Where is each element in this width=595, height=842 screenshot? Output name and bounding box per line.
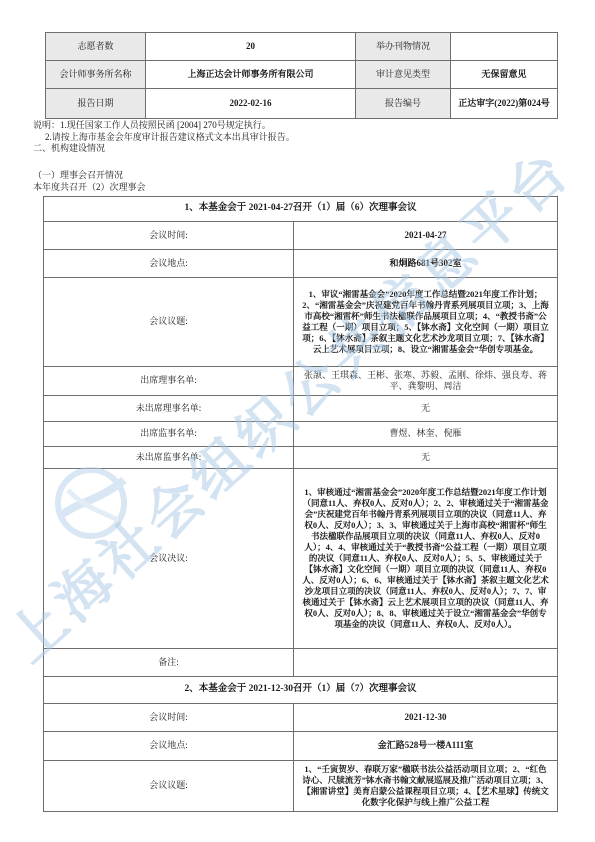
table-row: 会议决议: 1、审核通过“湘雷基金会”2020年度工作总结暨2021年度工作计划…	[44, 468, 558, 648]
accounting-firm-label: 会计师事务所名称	[46, 61, 146, 89]
table-row: 会计师事务所名称 上海正达会计师事务所有限公司 审计意见类型 无保留意见	[46, 61, 558, 89]
table-row: 会议时间: 2021-12-30	[44, 703, 558, 731]
table-row: 会议地点: 金汇路528号一楼A111室	[44, 731, 558, 760]
report-date-label: 报告日期	[46, 89, 146, 119]
table-row: 出席监事名单: 曹煜、林奎、倪雁	[44, 421, 558, 446]
audit-opinion-value: 无保留意见	[451, 61, 558, 89]
table-row: 会议地点: 和炯路681号302室	[44, 249, 558, 277]
meeting-resolution-label: 会议决议:	[44, 468, 294, 648]
meeting-topics-value: 1、“壬寅贺岁、春联万家”楹联书法公益活动项目立项；2、“红色诗心、尺牍流芳”钵…	[294, 760, 558, 811]
meeting-time-label: 会议时间:	[44, 221, 294, 249]
publication-status-value	[451, 33, 558, 61]
report-number-value: 正达审字(2022)第024号	[451, 89, 558, 119]
meeting-time-label: 会议时间:	[44, 703, 294, 731]
table-row: 出席理事名单: 张颉、王琪森、王彬、张寒、苏毅、孟刚、徐炜、强良寿、蒋平、龚黎明…	[44, 366, 558, 395]
supervisors-present-value: 曹煜、林奎、倪雁	[294, 421, 558, 446]
audit-opinion-label: 审计意见类型	[356, 61, 451, 89]
meeting-topics-label: 会议议题:	[44, 760, 294, 811]
table-row: 会议时间: 2021-04-27	[44, 221, 558, 249]
meeting-count-summary: 本年度共召开（2）次理事会	[33, 182, 560, 194]
document-page: 上海社会组织公共信息平台 志愿者数 20 举办刊物情况 会计师事务所名称 上海正…	[0, 0, 595, 842]
report-number-label: 报告编号	[356, 89, 451, 119]
table-row: 备注:	[44, 648, 558, 676]
subsection-title: （一）理事会召开情况	[33, 170, 560, 182]
remark-label: 备注:	[44, 648, 294, 676]
volunteer-count-label: 志愿者数	[46, 33, 146, 61]
meeting-1-header: 1、本基金会于 2021-04-27召开（1）届（6）次理事会议	[44, 196, 558, 221]
directors-absent-label: 未出席理事名单:	[44, 395, 294, 421]
meeting-resolution-value: 1、审核通过“湘雷基金会”2020年度工作总结暨2021年度工作计划（同意11人…	[294, 468, 558, 648]
table-row: 2、本基金会于 2021-12-30召开（1）届（7）次理事会议	[44, 676, 558, 703]
meeting-2-header: 2、本基金会于 2021-12-30召开（1）届（7）次理事会议	[44, 676, 558, 703]
meeting-topics-label: 会议议题:	[44, 277, 294, 366]
meeting-1-table: 1、本基金会于 2021-04-27召开（1）届（6）次理事会议 会议时间: 2…	[43, 196, 558, 677]
supervisors-absent-label: 未出席监事名单:	[44, 446, 294, 468]
table-row: 未出席理事名单: 无	[44, 395, 558, 421]
report-date-value: 2022-02-16	[146, 89, 356, 119]
note-line-2: 2.请按上海市基金会年度审计报告建议格式文本出具审计报告。	[45, 132, 560, 144]
meeting-place-label: 会议地点:	[44, 249, 294, 277]
meeting-place-value: 和炯路681号302室	[294, 249, 558, 277]
meeting-place-value: 金汇路528号一楼A111室	[294, 731, 558, 760]
meeting-time-value: 2021-12-30	[294, 703, 558, 731]
table-row: 未出席监事名单: 无	[44, 446, 558, 468]
meeting-2-table: 2、本基金会于 2021-12-30召开（1）届（7）次理事会议 会议时间: 2…	[43, 676, 558, 812]
table-row: 会议议题: 1、“壬寅贺岁、春联万家”楹联书法公益活动项目立项；2、“红色诗心、…	[44, 760, 558, 811]
note-line-1: 说明：1.现任国家工作人员按照民函 [2004] 270号规定执行。	[33, 120, 560, 132]
section-title: 二、机构建设情况	[33, 143, 560, 155]
page-content: 说明：1.现任国家工作人员按照民函 [2004] 270号规定执行。 2.请按上…	[33, 120, 560, 812]
meeting-place-label: 会议地点:	[44, 731, 294, 760]
directors-present-value: 张颉、王琪森、王彬、张寒、苏毅、孟刚、徐炜、强良寿、蒋平、龚黎明、周洁	[294, 366, 558, 395]
supervisors-present-label: 出席监事名单:	[44, 421, 294, 446]
volunteer-count-value: 20	[146, 33, 356, 61]
accounting-firm-value: 上海正达会计师事务所有限公司	[146, 61, 356, 89]
directors-absent-value: 无	[294, 395, 558, 421]
remark-value	[294, 648, 558, 676]
table-row: 报告日期 2022-02-16 报告编号 正达审字(2022)第024号	[46, 89, 558, 119]
table-row: 1、本基金会于 2021-04-27召开（1）届（6）次理事会议	[44, 196, 558, 221]
table-row: 志愿者数 20 举办刊物情况	[46, 33, 558, 61]
meeting-time-value: 2021-04-27	[294, 221, 558, 249]
audit-info-table: 志愿者数 20 举办刊物情况 会计师事务所名称 上海正达会计师事务所有限公司 审…	[45, 32, 558, 119]
table-row: 会议议题: 1、审议“湘雷基金会”2020年度工作总结暨2021年度工作计划；2…	[44, 277, 558, 366]
supervisors-absent-value: 无	[294, 446, 558, 468]
directors-present-label: 出席理事名单:	[44, 366, 294, 395]
meeting-topics-value: 1、审议“湘雷基金会”2020年度工作总结暨2021年度工作计划；2、“湘雷基金…	[294, 277, 558, 366]
publication-status-label: 举办刊物情况	[356, 33, 451, 61]
